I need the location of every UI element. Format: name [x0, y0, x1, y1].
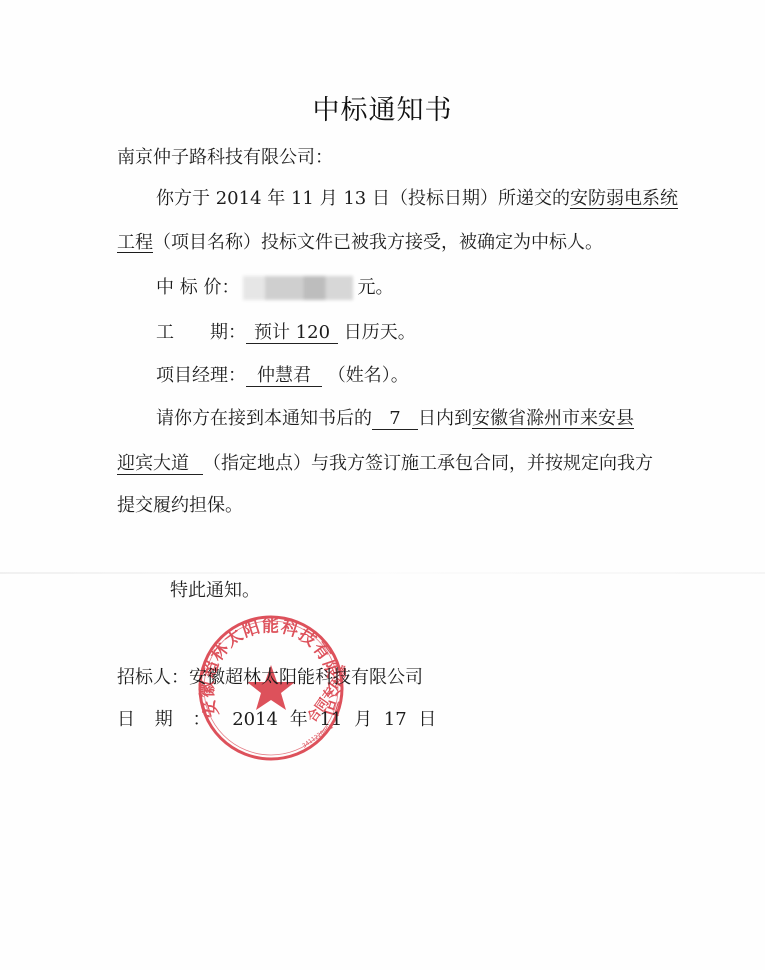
- project-name-part2: 工程: [117, 232, 153, 253]
- addressee: 南京仲子路科技有限公司：: [117, 146, 333, 170]
- date-row: 日 期 ： 2014 年 11 月 17 日: [117, 708, 436, 732]
- paragraph1-suffix: （项目名称）投标文件已被我方接受，被确定为中标人。: [153, 232, 603, 253]
- document-title: 中标通知书: [0, 88, 765, 127]
- bid-price-unit: 元。: [357, 277, 393, 298]
- location-part1: 安徽省滁州市来安县: [472, 408, 634, 429]
- project-manager-label: 项目经理：: [156, 365, 246, 386]
- paragraph2-line1: 请你方在接到本通知书后的7日内到安徽省滁州市来安县: [156, 407, 634, 431]
- redacted-price: [243, 276, 353, 300]
- bid-price-label: 中 标 价：: [156, 277, 239, 298]
- tenderer-label: 招标人：: [117, 667, 189, 688]
- tenderer-name: 安徽超林太阳能科技有限公司: [189, 667, 423, 688]
- tenderer-row: 招标人：安徽超林太阳能科技有限公司: [117, 666, 423, 690]
- duration-value: 预计 120: [246, 323, 338, 344]
- paragraph2-mid: 日内到: [418, 408, 472, 429]
- bid-price-row: 中 标 价：元。: [156, 276, 393, 300]
- paragraph2-line3: 提交履约担保。: [117, 494, 243, 518]
- document-page: 中标通知书 南京仲子路科技有限公司： 你方于 2014 年 11 月 13 日（…: [0, 0, 765, 970]
- duration-label: 工 期：: [156, 322, 246, 343]
- project-manager-name: 仲慧君: [246, 366, 322, 387]
- date-label: 日 期 ：: [117, 709, 214, 730]
- date-value: 2014 年 11 月 17 日: [232, 709, 436, 730]
- project-manager-suffix: （姓名）。: [328, 365, 409, 386]
- paragraph1-line2: 工程（项目名称）投标文件已被我方接受，被确定为中标人。: [117, 231, 603, 255]
- deadline-days: 7: [372, 409, 418, 430]
- location-part2: 迎宾大道: [117, 454, 203, 475]
- duration-row: 工 期：预计 120 日历天。: [156, 321, 416, 345]
- scan-artifact: [0, 572, 765, 574]
- paragraph2-line2-suffix: （指定地点）与我方签订施工承包合同，并按规定向我方: [203, 453, 653, 474]
- project-name-part1: 安防弱电系统: [570, 188, 678, 209]
- duration-unit: 日历天。: [344, 322, 416, 343]
- closing-text: 特此通知。: [170, 579, 260, 603]
- paragraph1-prefix: 你方于 2014 年 11 月 13 日（投标日期）所递交的: [156, 188, 570, 209]
- paragraph2-prefix: 请你方在接到本通知书后的: [156, 408, 372, 429]
- paragraph1-line1: 你方于 2014 年 11 月 13 日（投标日期）所递交的安防弱电系统: [156, 187, 678, 211]
- project-manager-row: 项目经理：仲慧君 （姓名）。: [156, 364, 409, 388]
- paragraph2-line2: 迎宾大道（指定地点）与我方签订施工承包合同，并按规定向我方: [117, 452, 653, 476]
